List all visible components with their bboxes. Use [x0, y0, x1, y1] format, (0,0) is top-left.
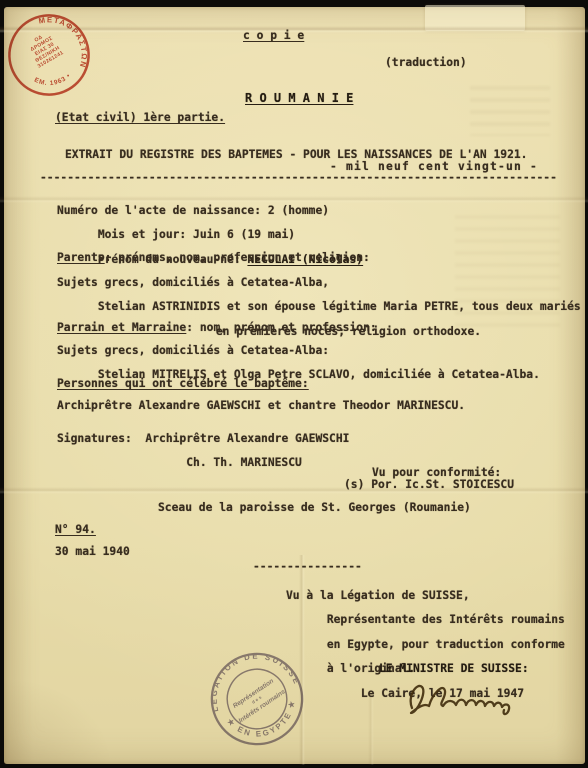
- traduction-label: (traduction): [385, 57, 467, 69]
- parents-heading-label: Parents: [57, 251, 105, 264]
- reference-date: 30 mai 1940: [55, 546, 130, 558]
- signatures-line1: Signatures: Archiprêtre Alexandre GAEWSC…: [57, 432, 349, 445]
- birth-record-block: Numéro de l'acte de naissance: 2 (homme)…: [57, 205, 363, 278]
- godparents-heading: Parrain et Marraine: nom, prénom et prof…: [57, 322, 377, 334]
- parents-line1: Sujets grecs, domiciliés à Cetatea-Alba,: [57, 276, 329, 289]
- minister-signature: [398, 672, 533, 730]
- signatures-block: Signatures: Archiprêtre Alexandre GAEWSC…: [57, 433, 349, 482]
- scanned-document: c o p i e (traduction) R O U M A N I E (…: [0, 0, 588, 768]
- legation-line3: en Egypte, pour traduction conforme: [327, 638, 565, 651]
- celebrants-line: Archiprêtre Alexandre GAEWSCHI et chantr…: [57, 400, 465, 412]
- dashed-divider: ----------------------------------------…: [40, 172, 561, 184]
- godparents-line1: Sujets grecs, domiciliés à Cetatea-Alba:: [57, 344, 329, 357]
- signature-graphic: [398, 672, 533, 730]
- acte-numero-line: Numéro de l'acte de naissance: 2 (homme): [57, 204, 329, 217]
- acte-mois-line: Mois et jour: Juin 6 (19 mai): [98, 228, 295, 241]
- godparents-heading-rest: : nom, prénom et profession:: [186, 321, 376, 334]
- typed-content-layer: c o p i e (traduction) R O U M A N I E (…: [0, 0, 588, 768]
- country-title: R O U M A N I E: [245, 92, 353, 104]
- reference-number: N° 94.: [55, 524, 96, 536]
- parish-seal-line: Sceau de la paroisse de St. Georges (Rou…: [158, 502, 471, 514]
- etat-civil-line: (Etat civil) 1ère partie.: [55, 112, 225, 124]
- legation-line2: Représentante des Intérêts roumains: [327, 613, 565, 626]
- greek-stamp-center-text: ΟΔ ΔΡΟΜΟΣ ΕΙΑΣ 30 ΘΕΣ/ΝΙΚΗ 310261241: [25, 29, 65, 70]
- small-dashed-divider: ----------------: [253, 561, 362, 573]
- swiss-stamp-center-text: Représentation des Intérêts roumains: [229, 675, 287, 724]
- parents-details: Sujets grecs, domiciliés à Cetatea-Alba,…: [57, 277, 581, 350]
- conformity-signatory: (s) Por. Ic.St. STOICESCU: [344, 479, 514, 491]
- godparents-heading-label: Parrain et Marraine: [57, 321, 186, 334]
- legation-line1: Vu à la Légation de SUISSE,: [286, 589, 470, 602]
- copy-label: c o p i e: [243, 30, 304, 42]
- celebrants-heading: Personnes qui ont célébré le baptême:: [57, 378, 309, 390]
- parents-heading-rest: : prénoms, nom, profession et religion:: [105, 251, 370, 264]
- signatures-line2: Ch. Th. MARINESCU: [98, 456, 302, 469]
- parents-line2: Stelian ASTRINIDIS et son épouse légitim…: [98, 300, 581, 313]
- parents-heading: Parents: prénoms, nom, profession et rel…: [57, 252, 370, 264]
